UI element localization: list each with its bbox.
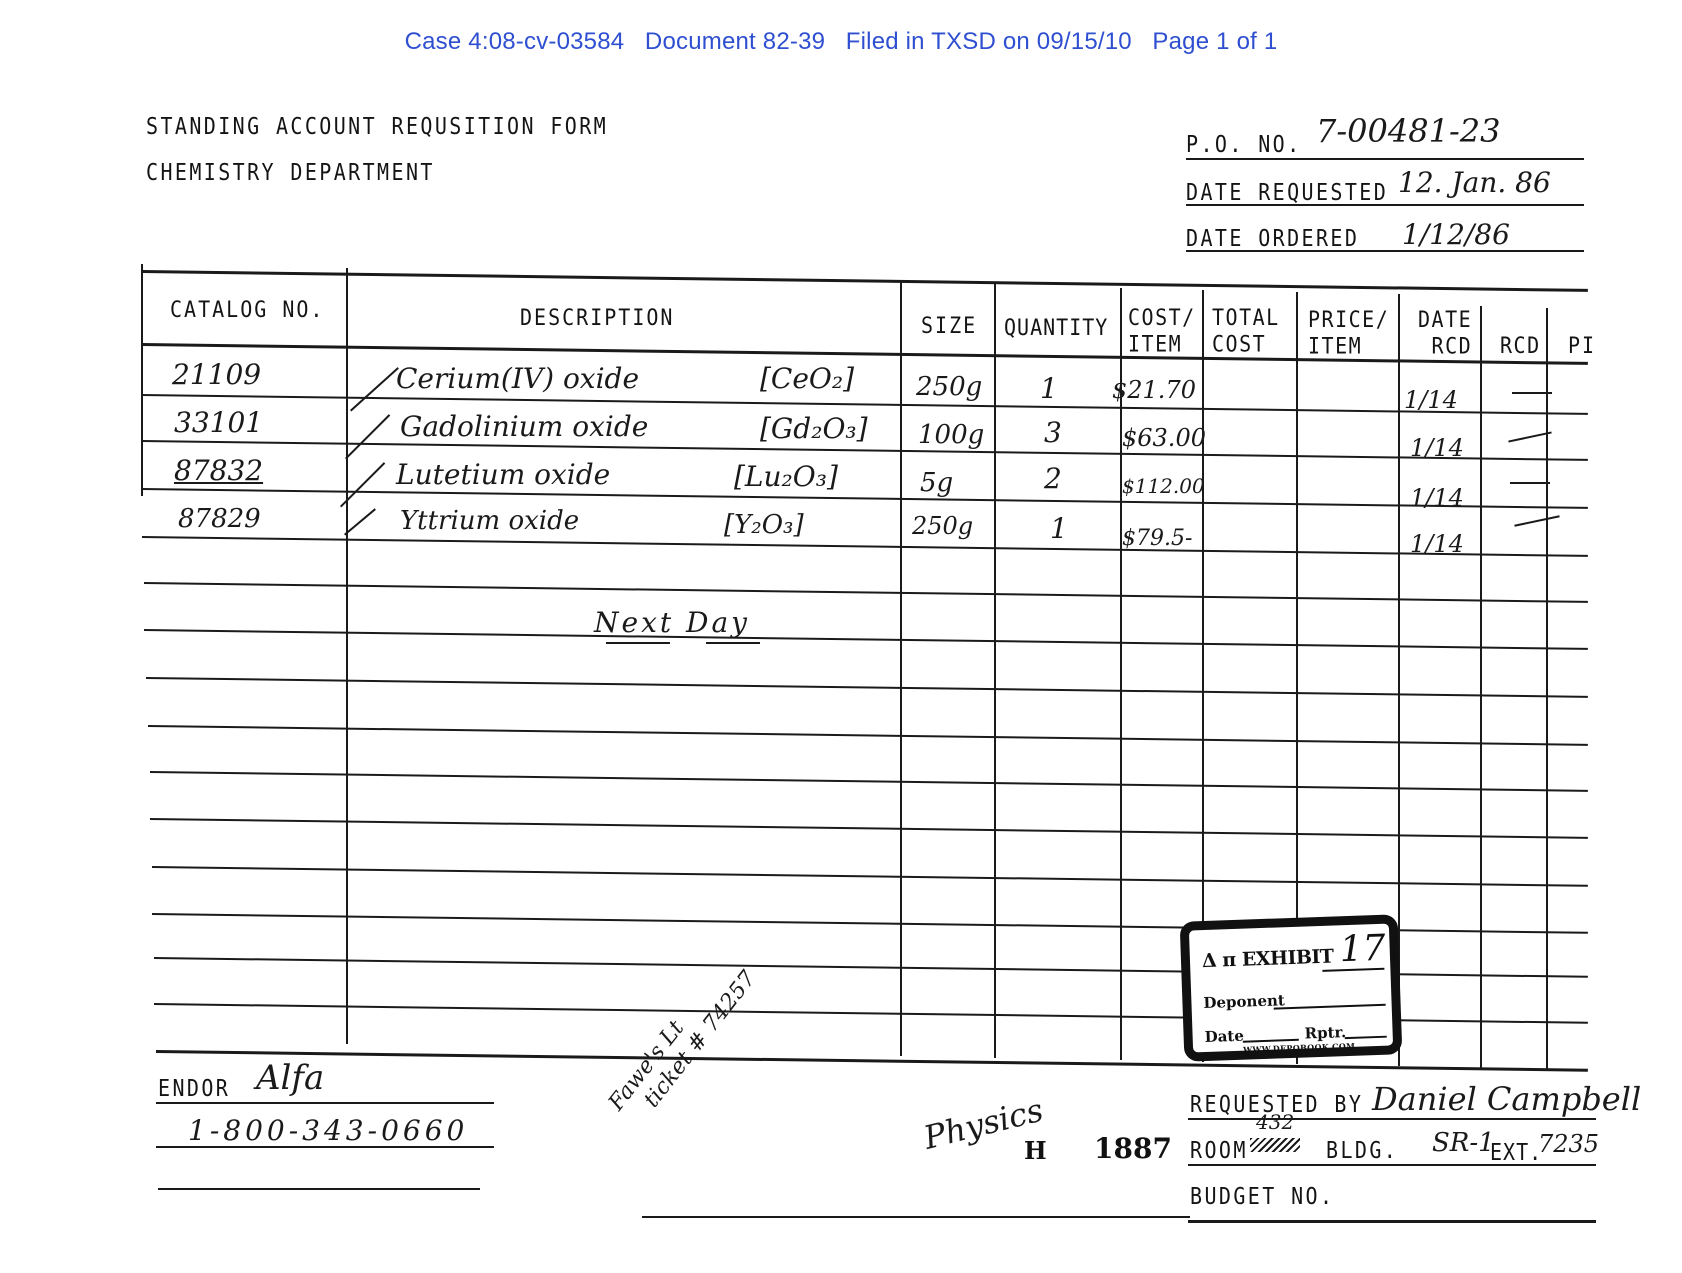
row-divider	[150, 771, 1588, 792]
next-day-note: Next Day	[594, 606, 750, 639]
date-requested-label: DATE REQUESTED	[1186, 178, 1388, 206]
description: Yttrium oxide	[400, 506, 579, 536]
header-received: RCD	[1500, 332, 1541, 358]
chemical-formula: [CeO₂]	[760, 362, 854, 395]
stamp-number: 1887	[1094, 1132, 1172, 1165]
room-label: ROOM	[1190, 1136, 1248, 1164]
cost-per-item: $112.00	[1122, 474, 1205, 498]
ext-value: 7235	[1538, 1130, 1599, 1158]
bldg-value: SR-1	[1432, 1128, 1495, 1158]
row-divider	[148, 725, 1588, 746]
date-ordered-value: 1/12/86	[1402, 218, 1510, 251]
date-requested-value: 12. Jan. 86	[1398, 166, 1551, 199]
ext-label: EXT.	[1490, 1138, 1542, 1166]
stamp-website: WWW.DEPOBOOK.COM	[1243, 1041, 1355, 1055]
header-extra-cropped: PI	[1568, 332, 1596, 358]
requested-by-value: Daniel Campbell	[1372, 1080, 1641, 1118]
date-received: 1/14	[1410, 434, 1464, 462]
received-check-icon	[1512, 392, 1552, 394]
exhibit-number: 17	[1339, 928, 1386, 971]
header-cost-per-item: COST/ ITEM	[1128, 304, 1196, 357]
chemical-formula: [Gd₂O₃]	[760, 412, 868, 445]
vendor-label: ENDOR	[158, 1074, 230, 1102]
quantity: 3	[1044, 416, 1062, 449]
date-received: 1/14	[1404, 386, 1458, 414]
deponent-line	[1274, 1004, 1386, 1010]
po-number-label: P.O. NO.	[1186, 130, 1302, 158]
row-divider	[142, 536, 1588, 557]
exhibit-sticker: Δ π EXHIBIT 17 Deponent Date Rptr. WWW.D…	[1180, 914, 1403, 1062]
vendor-value: Alfa	[256, 1058, 324, 1098]
scribbled-out-room	[1250, 1138, 1300, 1152]
date-received: 1/14	[1410, 530, 1464, 558]
quantity: 1	[1040, 372, 1058, 405]
size: 250g	[912, 512, 973, 540]
form-title: STANDING ACCOUNT REQUSITION FORM	[146, 112, 608, 140]
catalog-no: 21109	[172, 358, 261, 391]
reporter-line	[1345, 1036, 1387, 1039]
date-requested-underline	[1186, 204, 1584, 206]
description: Lutetium oxide	[396, 458, 610, 491]
po-underline	[1186, 158, 1584, 160]
budget-underline	[1188, 1220, 1596, 1223]
double-arrow-icon	[706, 642, 760, 644]
requested-by-underline	[1188, 1118, 1596, 1120]
size: 100g	[918, 420, 984, 450]
reporter-label: Rptr.	[1304, 1023, 1346, 1042]
check-slash-icon	[345, 414, 390, 459]
received-check-icon	[1514, 515, 1559, 527]
row-divider	[146, 677, 1588, 698]
court-filing-header: Case 4:08-cv-03584 Document 82-39 Filed …	[0, 28, 1682, 56]
row-divider	[150, 818, 1588, 839]
double-arrow-icon	[606, 642, 670, 644]
cost-per-item: $63.00	[1122, 424, 1206, 452]
description: Cerium(IV) oxide	[396, 362, 639, 395]
po-number-value: 7-00481-23	[1316, 112, 1501, 150]
freight-note: Fawe's Lt ticket # 74257	[604, 950, 762, 1132]
bottom-rule	[642, 1216, 1190, 1218]
vendor-phone: 1-800-343-0660	[188, 1114, 468, 1147]
received-check-icon	[1510, 482, 1550, 484]
catalog-no: 87829	[178, 504, 261, 534]
table-top-border	[142, 270, 1588, 292]
table-left-border	[141, 264, 143, 496]
header-catalog-no: CATALOG NO.	[170, 296, 324, 322]
header-date-received: DATE RCD	[1418, 306, 1472, 359]
room-value: 432	[1256, 1110, 1294, 1134]
check-slash-icon	[344, 508, 376, 535]
exhibit-title: Δ π EXHIBIT	[1202, 946, 1334, 973]
size: 250g	[916, 372, 982, 402]
department-name: CHEMISTRY DEPARTMENT	[146, 158, 435, 186]
header-size: SIZE	[921, 312, 977, 338]
bldg-label: BLDG.	[1326, 1136, 1398, 1164]
header-quantity: QUANTITY	[1004, 314, 1108, 340]
date-ordered-label: DATE ORDERED	[1186, 224, 1359, 252]
vendor-underline	[156, 1102, 494, 1104]
quantity: 2	[1044, 462, 1062, 495]
catalog-no: 33101	[174, 406, 263, 439]
date-label: Date	[1204, 1027, 1244, 1046]
header-total-cost: TOTAL COST	[1212, 304, 1280, 357]
date-received: 1/14	[1410, 484, 1464, 512]
col-divider	[346, 268, 348, 1044]
col-divider	[994, 284, 996, 1058]
quantity: 1	[1050, 512, 1068, 545]
budget-no-label: BUDGET NO.	[1190, 1182, 1334, 1210]
stamp-letter: H	[1024, 1136, 1047, 1165]
chemical-formula: [Lu₂O₃]	[734, 460, 838, 493]
col-divider	[900, 282, 902, 1056]
chemical-formula: [Y₂O₃]	[724, 510, 804, 540]
col-divider	[1546, 308, 1548, 1070]
row-divider	[144, 629, 1588, 650]
size: 5g	[920, 468, 953, 498]
exhibit-number-line	[1322, 968, 1384, 972]
description: Gadolinium oxide	[400, 410, 648, 443]
cost-per-item: $79.5-	[1122, 526, 1192, 551]
row-divider	[144, 582, 1588, 603]
col-divider	[1480, 306, 1482, 1068]
vendor-blank-line	[158, 1188, 480, 1190]
room-underline	[1188, 1164, 1596, 1166]
row-divider	[152, 866, 1588, 887]
catalog-no: 87832	[174, 454, 263, 487]
cost-per-item: $21.70	[1112, 376, 1196, 404]
date-ordered-underline	[1186, 250, 1584, 252]
row-divider	[142, 488, 1588, 509]
header-description: DESCRIPTION	[520, 304, 674, 330]
phone-underline	[156, 1146, 494, 1148]
header-price-per-item: PRICE/ ITEM	[1308, 306, 1389, 359]
check-slash-icon	[350, 367, 399, 411]
